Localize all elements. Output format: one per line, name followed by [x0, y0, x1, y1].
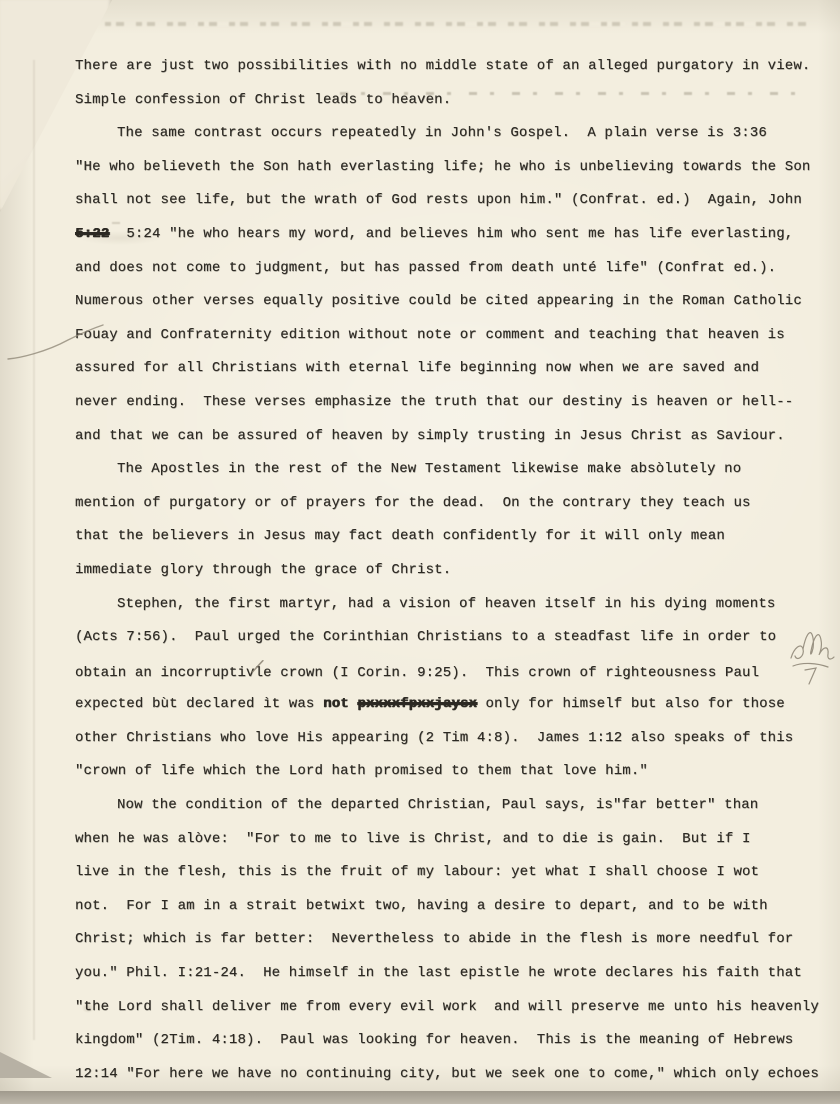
text-line: live in the flesh, this is the fruit of …	[75, 856, 804, 890]
text-line: when he was alòve: "For to me to live is…	[75, 823, 804, 857]
text-segment: The Apostles in the rest of the New Test…	[117, 461, 741, 477]
text-segment: not. For I am in a strait betwixt two, h…	[75, 898, 768, 914]
text-segment: 12:14 "For here we have no continuing ci…	[75, 1066, 819, 1082]
text-line: The same contrast occurs repeatedly in J…	[75, 117, 804, 151]
text-line: Simple confession of Christ leads to hea…	[75, 84, 804, 118]
text-segment: kingdom" (2Tim. 4:18). Paul was looking …	[75, 1032, 793, 1048]
text-segment: never ending. These verses emphasize the…	[75, 394, 793, 410]
text-line: never ending. These verses emphasize the…	[75, 386, 804, 420]
text-segment: other Christians who love His appearing …	[75, 730, 793, 746]
text-line: The Apostles in the rest of the New Test…	[75, 453, 804, 487]
typewritten-text: There are just two possibilities with no…	[75, 50, 804, 1091]
text-segment: when he was alòve: "For to me to live is…	[75, 831, 751, 847]
text-segment: Simple confession of Christ leads to hea…	[75, 92, 451, 108]
text-segment	[349, 696, 358, 712]
text-line: mention of purgatory or of prayers for t…	[75, 487, 804, 521]
text-segment: (Acts 7:56). Paul urged the Corinthian C…	[75, 629, 776, 645]
text-segment: shall not see life, but the wrath of God…	[75, 192, 802, 208]
text-line: obtain an incorruptiv/le crown (I Corin.…	[75, 655, 804, 689]
text-line: 12:14 "For here we have no continuing ci…	[75, 1058, 804, 1092]
paper-crease	[33, 60, 35, 1040]
text-line: There are just two possibilities with no…	[75, 50, 804, 84]
scan-background: { "colors": { "paper": "#f3eedf", "ink":…	[0, 0, 840, 1104]
pencil-pointer-line	[6, 312, 106, 362]
text-line: immediate glory through the grace of Chr…	[75, 554, 804, 588]
text-line: "crown of life which the Lord hath promi…	[75, 755, 804, 789]
text-line: Fouay and Confraternity edition without …	[75, 319, 804, 353]
text-line: "He who believeth the Son hath everlasti…	[75, 151, 804, 185]
text-segment: le crown (I Corin. 9:25). This crown of …	[255, 665, 760, 681]
text-segment: mention of purgatory or of prayers for t…	[75, 495, 751, 511]
text-segment: expected bùt declared ìt was	[75, 696, 323, 712]
torn-corner	[0, 1052, 52, 1078]
text-segment: and does not come to judgment, but has p…	[75, 260, 776, 276]
text-segment: Christ; which is far better: Nevertheles…	[75, 931, 793, 947]
text-line: (Acts 7:56). Paul urged the Corinthian C…	[75, 621, 804, 655]
text-segment: 5:24 "he who hears my word, and believes…	[109, 226, 793, 242]
text-line: Now the condition of the departed Christ…	[75, 789, 804, 823]
scan-backdrop-strip	[0, 1091, 840, 1104]
text-segment: "the Lord shall deliver me from every ev…	[75, 999, 819, 1015]
document-page: There are just two possibilities with no…	[0, 0, 840, 1091]
text-line: that the believers in Jesus may fact dea…	[75, 520, 804, 554]
text-segment: There are just two possibilities with no…	[75, 58, 810, 74]
text-line: shall not see life, but the wrath of God…	[75, 184, 804, 218]
text-line: Numerous other verses equally positive c…	[75, 285, 804, 319]
text-segment-strike: pxxxxfpxxjaysx	[357, 696, 477, 712]
text-line: and does not come to judgment, but has p…	[75, 252, 804, 286]
pencil-scribble-annotation	[785, 618, 837, 690]
text-segment: and that we can be assured of heaven by …	[75, 428, 785, 444]
text-segment: Now the condition of the departed Christ…	[117, 797, 758, 813]
text-segment: Stephen, the first martyr, had a vision …	[117, 596, 775, 612]
ghost-type-impression	[105, 22, 816, 26]
text-line: other Christians who love His appearing …	[75, 722, 804, 756]
text-segment: "He who believeth the Son hath everlasti…	[75, 159, 810, 175]
text-segment: you." Phil. I:21-24. He himself in the l…	[75, 965, 802, 981]
text-line: 5:22 5:24 "he who hears my word, and bel…	[75, 218, 804, 252]
text-segment: Fouay and Confraternity edition without …	[75, 327, 785, 343]
text-segment: assured for all Christians with eternal …	[75, 360, 759, 376]
text-segment: The same contrast occurs repeatedly in J…	[117, 125, 767, 141]
text-line: assured for all Christians with eternal …	[75, 352, 804, 386]
text-line: kingdom" (2Tim. 4:18). Paul was looking …	[75, 1024, 804, 1058]
text-segment: immediate glory through the grace of Chr…	[75, 562, 451, 578]
text-segment: live in the flesh, this is the fruit of …	[75, 864, 759, 880]
text-segment: Numerous other verses equally positive c…	[75, 293, 802, 309]
text-line: and that we can be assured of heaven by …	[75, 420, 804, 454]
text-segment: only for himself but also for those	[477, 696, 785, 712]
text-segment: obtain an incorruptiv	[75, 665, 255, 681]
text-segment: "crown of life which the Lord hath promi…	[75, 763, 648, 779]
text-line: expected bùt declared ìt was not pxxxxfp…	[75, 688, 804, 722]
text-line: you." Phil. I:21-24. He himself in the l…	[75, 957, 804, 991]
text-line: not. For I am in a strait betwixt two, h…	[75, 890, 804, 924]
text-segment-strike: 5:22	[75, 226, 109, 242]
text-line: Stephen, the first martyr, had a vision …	[75, 588, 804, 622]
text-line: "the Lord shall deliver me from every ev…	[75, 991, 804, 1025]
text-line: Christ; which is far better: Nevertheles…	[75, 923, 804, 957]
text-segment: that the believers in Jesus may fact dea…	[75, 528, 725, 544]
text-segment-bold: not	[323, 696, 349, 712]
